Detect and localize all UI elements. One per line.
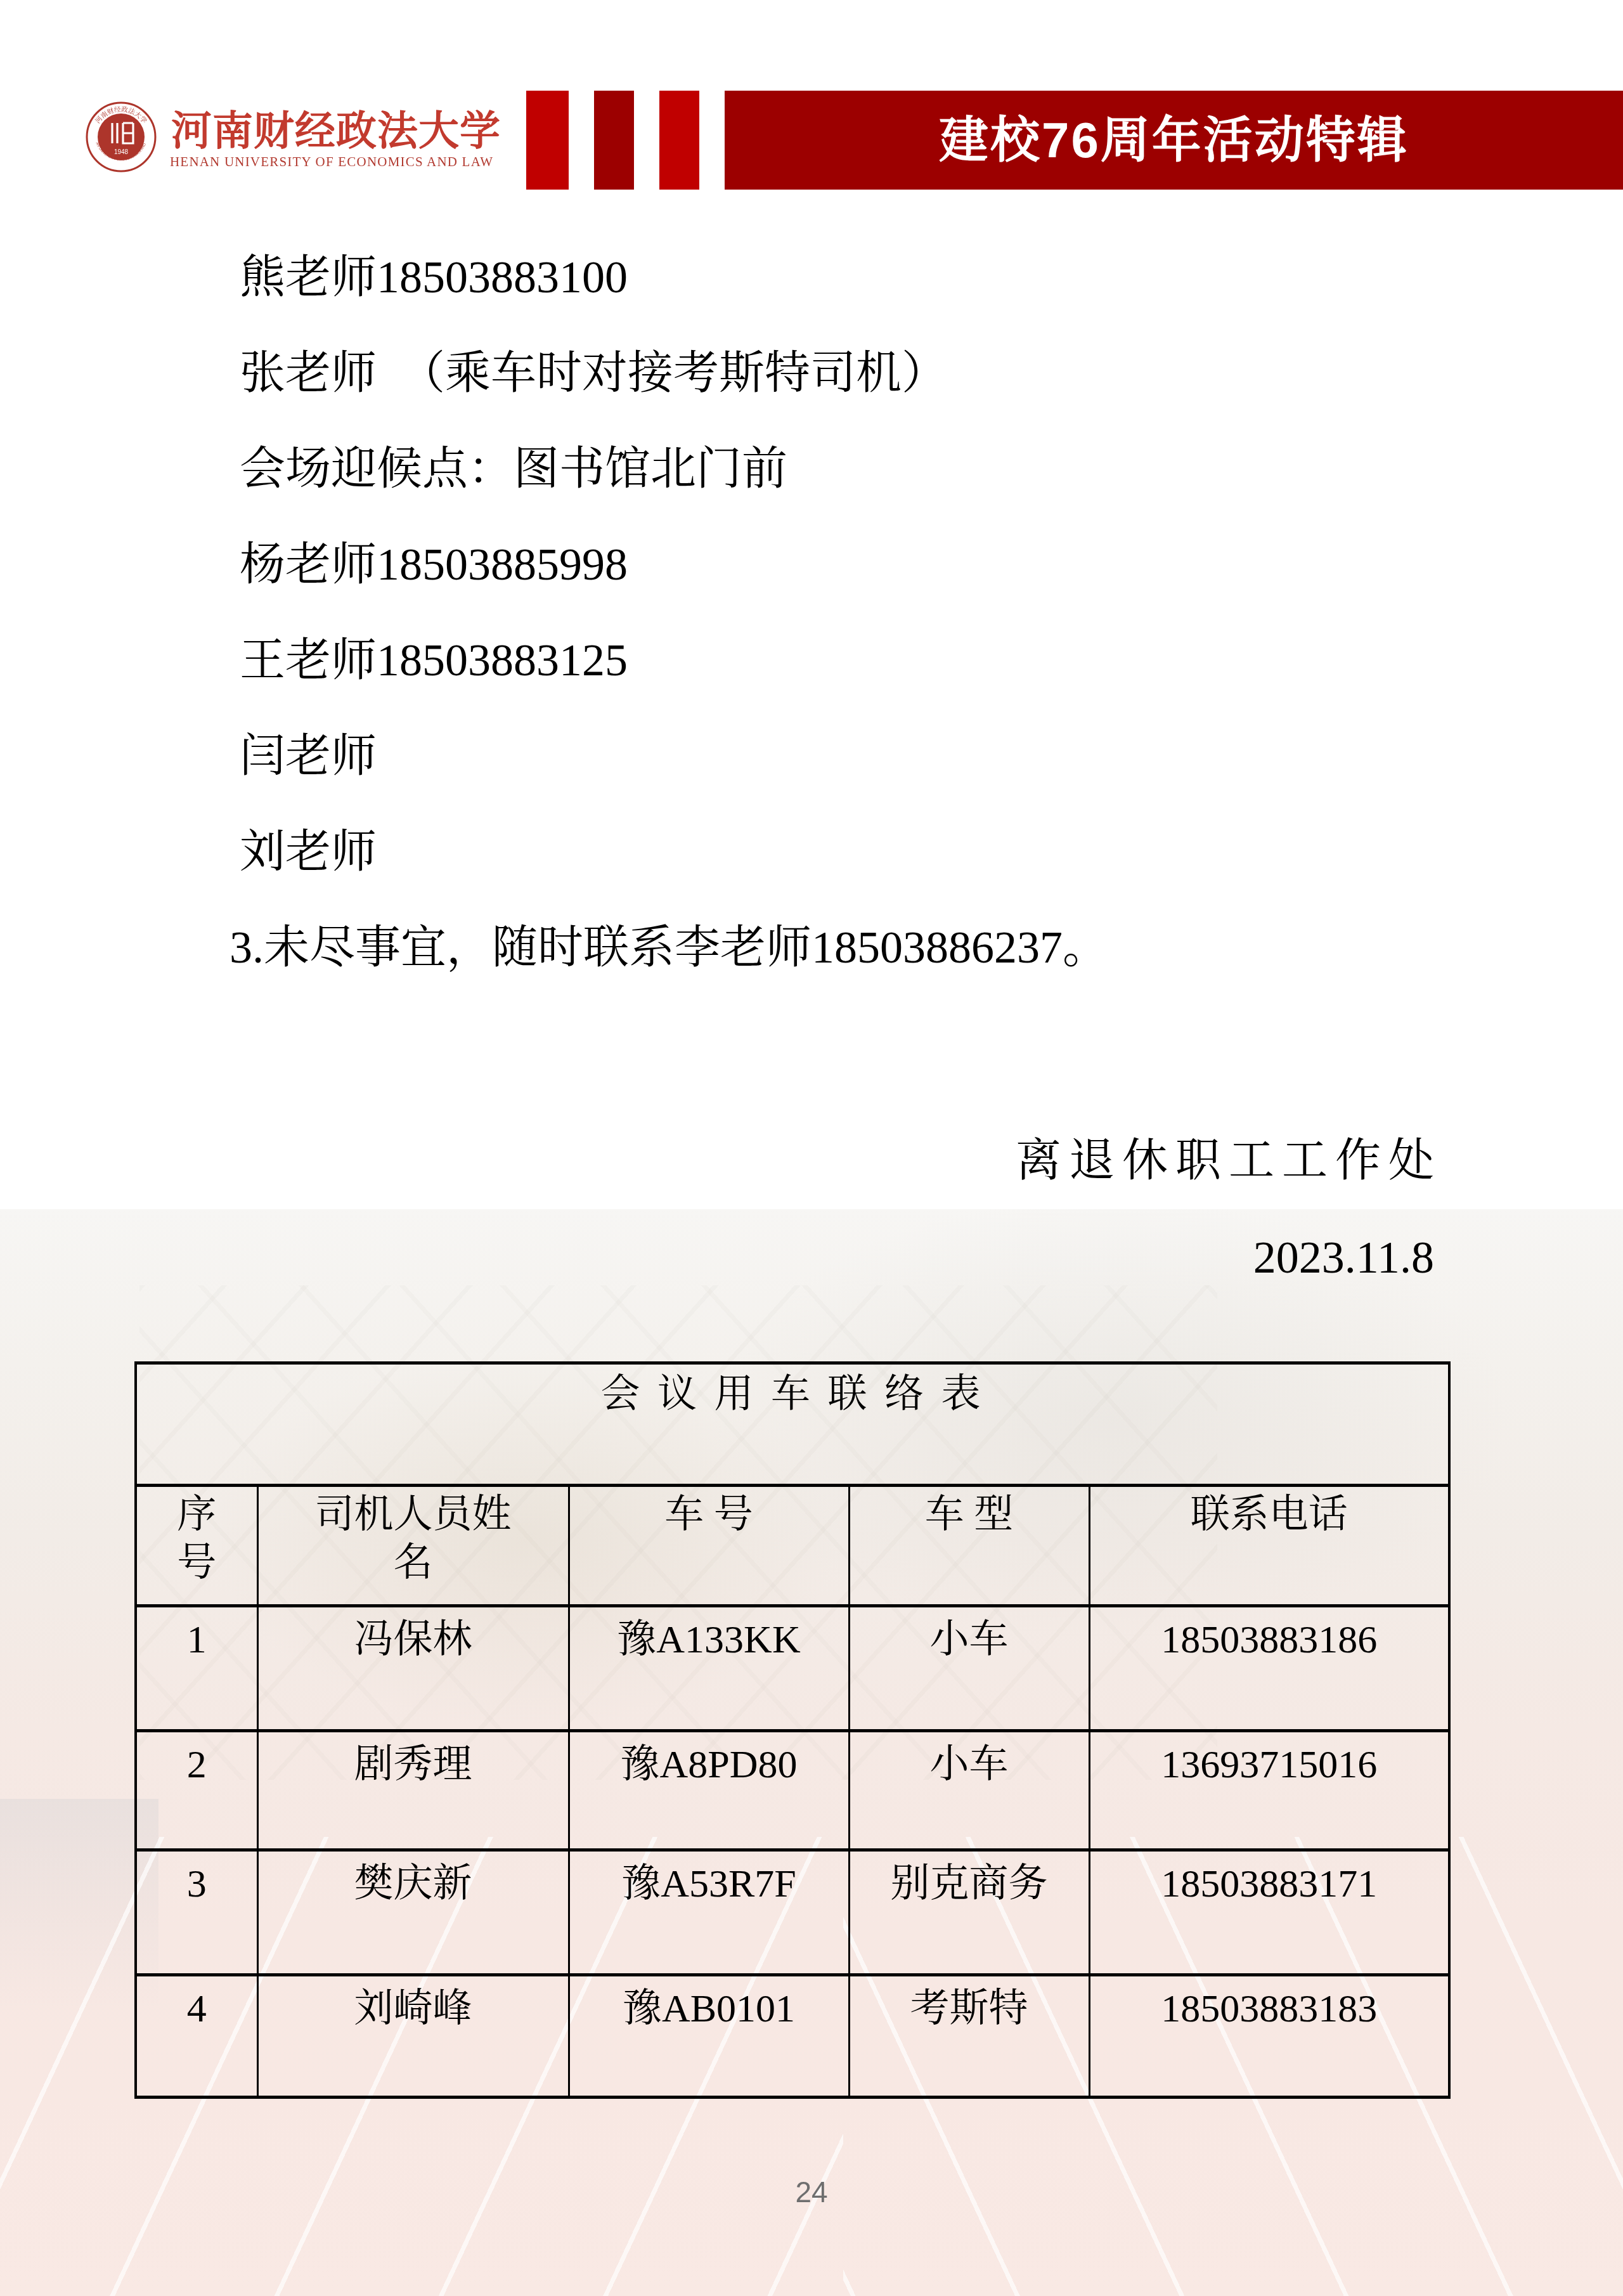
contact-line: 刘老师 — [240, 804, 1108, 900]
note-line: 3.未尽事宜，随时联系李老师18503886237。 — [230, 900, 1108, 996]
cell-plate: 豫A53R7F — [569, 1850, 849, 1975]
cell-vehicle-type: 考斯特 — [849, 1975, 1089, 2098]
cell-index: 2 — [136, 1731, 257, 1850]
contact-line: 杨老师18503885998 — [240, 517, 1108, 613]
table-title: 会 议 用 车 联 络 表 — [136, 1363, 1449, 1486]
cell-plate: 豫AB0101 — [569, 1975, 849, 2098]
cell-driver-name: 樊庆新 — [257, 1850, 569, 1975]
table-row: 3 樊庆新 豫A53R7F 别克商务 18503883171 — [136, 1850, 1449, 1975]
cell-vehicle-type: 别克商务 — [849, 1850, 1089, 1975]
university-name-english: HENAN UNIVERSITY OF ECONOMICS AND LAW — [170, 154, 506, 170]
page-number: 24 — [0, 2177, 1623, 2207]
cell-vehicle-type: 小车 — [849, 1606, 1089, 1731]
contact-line: 闫老师 — [240, 708, 1108, 804]
contact-line: 张老师 （乘车时对接考斯特司机） — [240, 325, 1108, 421]
col-header-vehicle-type: 车 型 — [849, 1486, 1089, 1606]
table-row: 2 剧秀理 豫A8PD80 小车 13693715016 — [136, 1731, 1449, 1850]
header-accent-bar-1 — [526, 91, 569, 190]
table-row: 1 冯保林 豫A133KK 小车 18503883186 — [136, 1606, 1449, 1731]
contact-line: 熊老师18503883100 — [240, 230, 1108, 325]
body-text-block: 熊老师18503883100 张老师 （乘车时对接考斯特司机） 会场迎候点：图书… — [240, 230, 1108, 996]
cell-vehicle-type: 小车 — [849, 1731, 1089, 1850]
signoff-date: 2023.11.8 — [1253, 1232, 1434, 1283]
cell-plate: 豫A8PD80 — [569, 1731, 849, 1850]
table-row: 4 刘崎峰 豫AB0101 考斯特 18503883183 — [136, 1975, 1449, 2098]
col-header-phone: 联系电话 — [1089, 1486, 1449, 1606]
seal-year-label: 1948 — [114, 149, 129, 156]
col-header-index: 序 号 — [136, 1486, 257, 1606]
signoff-department: 离退休职工工作处 — [1016, 1135, 1442, 1186]
header-accent-bar-2 — [594, 91, 634, 190]
cell-plate: 豫A133KK — [569, 1606, 849, 1731]
cell-driver-name: 刘崎峰 — [257, 1975, 569, 2098]
anniversary-banner: 建校76周年活动特辑 — [725, 91, 1623, 190]
cell-phone: 18503883186 — [1089, 1606, 1449, 1731]
cell-index: 1 — [136, 1606, 257, 1731]
cell-index: 3 — [136, 1850, 257, 1975]
cell-phone: 18503883171 — [1089, 1850, 1449, 1975]
cell-index: 4 — [136, 1975, 257, 2098]
col-header-plate: 车 号 — [569, 1486, 849, 1606]
university-seal-icon: 河南财经政法大学 HENAN UNIVERSITY OF ECONOMICS A… — [86, 101, 157, 172]
cell-phone: 18503883183 — [1089, 1975, 1449, 2098]
col-header-driver-name: 司机人员姓 名 — [257, 1486, 569, 1606]
contact-line: 会场迎候点：图书馆北门前 — [240, 421, 1108, 517]
cell-phone: 13693715016 — [1089, 1731, 1449, 1850]
header-accent-bar-3 — [659, 91, 699, 190]
vehicle-contact-table: 会 议 用 车 联 络 表 序 号 司机人员姓 名 车 号 车 型 联系电话 1… — [134, 1361, 1451, 2099]
document-page: 河南财经政法大学 HENAN UNIVERSITY OF ECONOMICS A… — [0, 0, 1623, 2296]
cell-driver-name: 剧秀理 — [257, 1731, 569, 1850]
cell-driver-name: 冯保林 — [257, 1606, 569, 1731]
contact-line: 王老师18503883125 — [240, 613, 1108, 708]
university-name-calligraphy: 河南财经政法大学 — [171, 107, 507, 156]
